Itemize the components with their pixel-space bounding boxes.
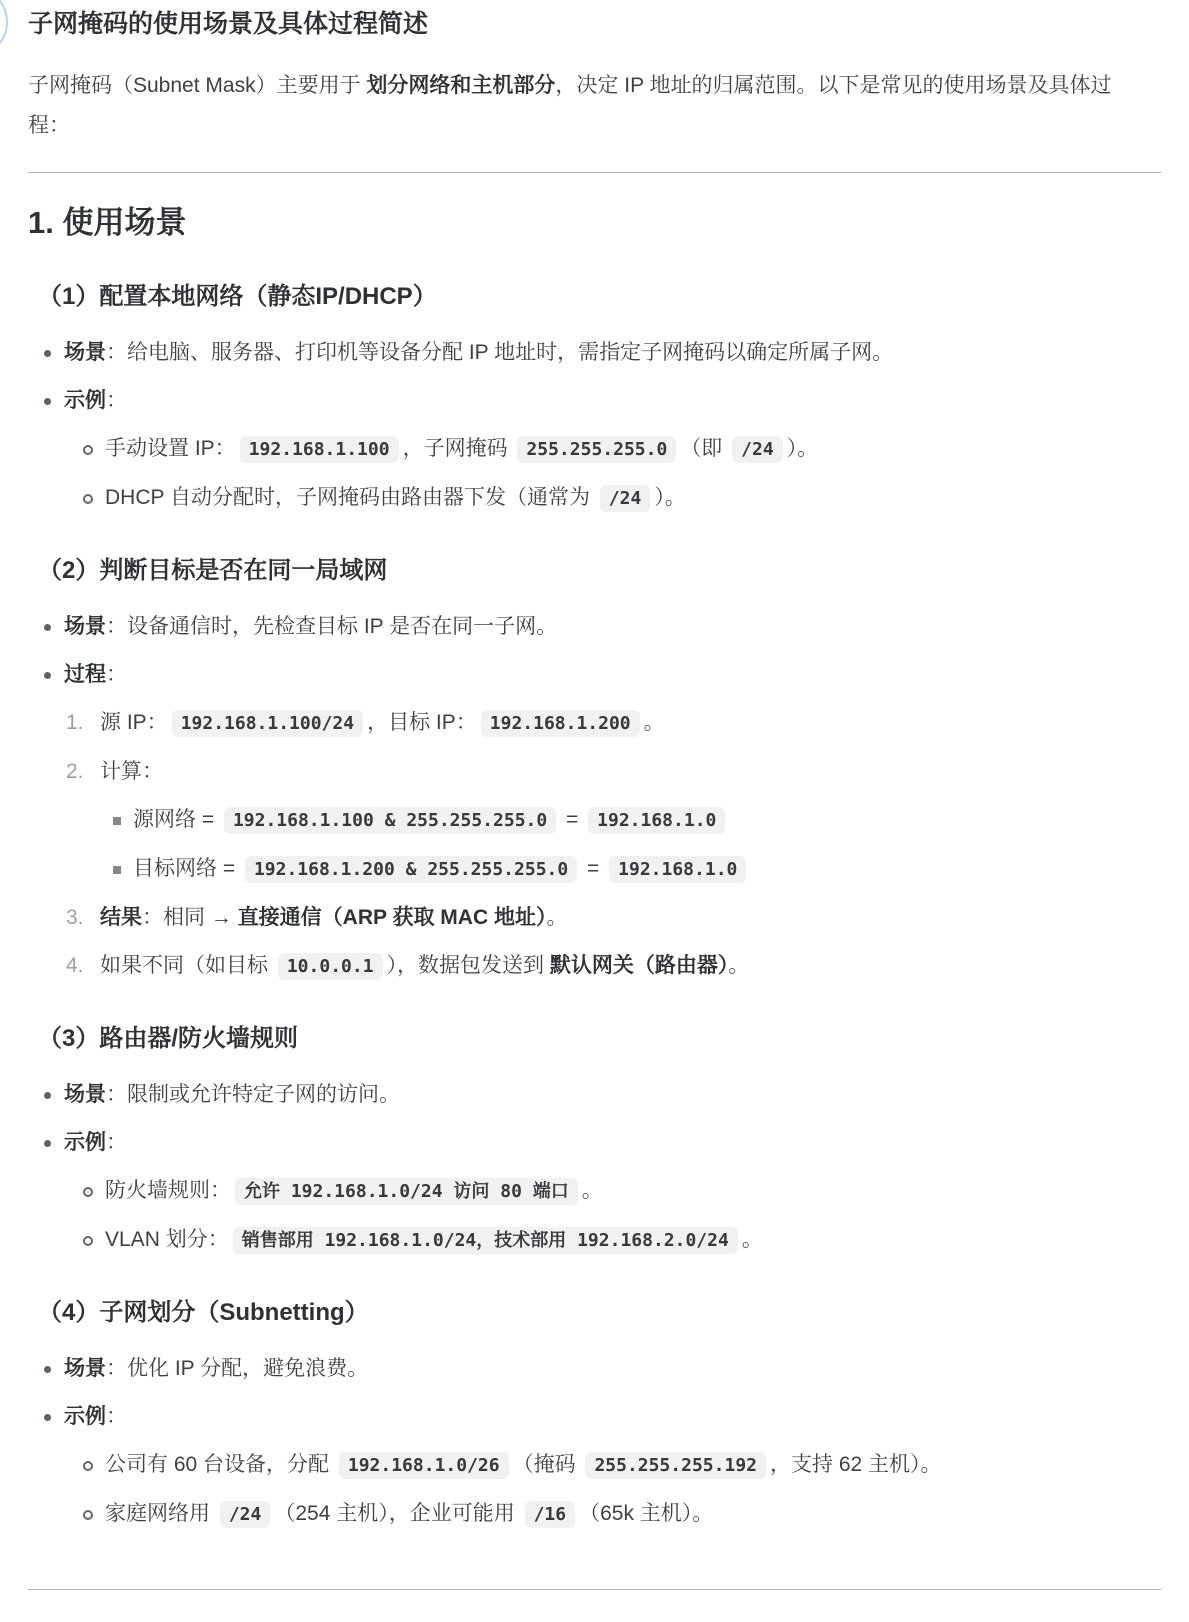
- inline-code: /24: [600, 485, 651, 512]
- bullet-marker-icon: [44, 350, 51, 357]
- bullet-marker-icon: [113, 866, 121, 874]
- list-item: 目标网络 = 192.168.1.200 & 255.255.255.0 = 1…: [28, 851, 1161, 888]
- text-run: 。: [644, 711, 665, 734]
- text-run: ）。: [654, 486, 686, 509]
- list-item-text: 目标网络 = 192.168.1.200 & 255.255.255.0 = 1…: [133, 857, 750, 880]
- list-item: 防火墙规则：允许 192.168.1.0/24 访问 80 端口。: [28, 1173, 1161, 1210]
- list-item-text: 场景：限制或允许特定子网的访问。: [64, 1083, 400, 1106]
- subsection-heading: （1）配置本地网络（静态IP/DHCP）: [38, 281, 1161, 313]
- list: 场景：限制或允许特定子网的访问。示例：防火墙规则：允许 192.168.1.0/…: [28, 1077, 1161, 1259]
- bullet-marker-icon: [44, 1092, 51, 1099]
- inline-code: 销售部用 192.168.1.0/24，技术部用 192.168.2.0/24: [233, 1227, 738, 1254]
- text-run: =: [560, 808, 584, 831]
- message-title: 子网掩码的使用场景及具体过程简述: [28, 8, 1161, 40]
- inline-code: /24: [220, 1501, 271, 1528]
- bold-text: 划分网络和主机部分: [366, 74, 555, 97]
- text-run: VLAN 划分：: [105, 1228, 229, 1251]
- list-item-text: 场景：给电脑、服务器、打印机等设备分配 IP 地址时，需指定子网掩码以确定所属子…: [64, 341, 893, 364]
- text-run: ：给电脑、服务器、打印机等设备分配 IP 地址时，需指定子网掩码以确定所属子网。: [106, 341, 893, 364]
- list-item: DHCP 自动分配时，子网掩码由路由器下发（通常为 /24）。: [28, 480, 1161, 517]
- bullet-marker-icon: [83, 1510, 93, 1520]
- list-item: 家庭网络用 /24（254 主机），企业可能用 /16（65k 主机）。: [28, 1496, 1161, 1533]
- list-item-text: 场景：优化 IP 分配，避免浪费。: [64, 1357, 368, 1380]
- text-run: ：设备通信时，先检查目标 IP 是否在同一子网。: [106, 615, 557, 638]
- bold-text: 示例: [64, 1405, 106, 1428]
- inline-code: 255.255.255.192: [585, 1452, 766, 1479]
- text-run: 计算：: [100, 760, 163, 783]
- list: 场景：设备通信时，先检查目标 IP 是否在同一子网。过程：1.源 IP：192.…: [28, 609, 1161, 985]
- text-run: ：: [106, 389, 127, 412]
- list-item-text: DHCP 自动分配时，子网掩码由路由器下发（通常为 /24）。: [105, 486, 686, 509]
- bullet-marker-icon: [44, 1414, 51, 1421]
- text-run: （即: [680, 437, 728, 460]
- bullet-marker-icon: [44, 672, 51, 679]
- list-item: 过程：: [28, 657, 1161, 693]
- bold-text: 场景: [64, 1083, 106, 1106]
- bullet-marker-icon: [83, 1187, 93, 1197]
- bold-text: 结果: [100, 906, 142, 929]
- text-run: 源 IP：: [100, 711, 168, 734]
- list-item-text: VLAN 划分：销售部用 192.168.1.0/24，技术部用 192.168…: [105, 1228, 763, 1251]
- list-item-text: 如果不同（如目标 10.0.0.1），数据包发送到 默认网关（路由器）。: [100, 954, 749, 977]
- text-run: （65k 主机）。: [579, 1502, 713, 1525]
- list-item: 场景：优化 IP 分配，避免浪费。: [28, 1351, 1161, 1387]
- list-item-text: 家庭网络用 /24（254 主机），企业可能用 /16（65k 主机）。: [105, 1502, 713, 1525]
- inline-code: /16: [525, 1501, 576, 1528]
- text-run: 。: [728, 954, 749, 977]
- message-body: 子网掩码的使用场景及具体过程简述子网掩码（Subnet Mask）主要用于 划分…: [28, 8, 1161, 1590]
- bold-text: 子网掩码的使用场景及具体过程简述: [28, 10, 428, 38]
- bullet-marker-icon: [44, 1140, 51, 1147]
- text-run: （254 主机），企业可能用: [274, 1502, 520, 1525]
- text-run: 家庭网络用: [105, 1502, 216, 1525]
- list-item: 场景：限制或允许特定子网的访问。: [28, 1077, 1161, 1113]
- list-item: 公司有 60 台设备，分配 192.168.1.0/26（掩码 255.255.…: [28, 1447, 1161, 1484]
- text-run: ：优化 IP 分配，避免浪费。: [106, 1357, 368, 1380]
- text-run: ，子网掩码: [403, 437, 514, 460]
- list-item: VLAN 划分：销售部用 192.168.1.0/24，技术部用 192.168…: [28, 1222, 1161, 1259]
- inline-code: 192.168.1.0: [588, 807, 725, 834]
- inline-code: 192.168.1.100: [240, 436, 399, 463]
- list-item-text: 结果：相同 → 直接通信（ARP 获取 MAC 地址）。: [100, 906, 567, 929]
- text-run: （2）判断目标是否在同一局域网: [38, 557, 387, 584]
- text-run: 。: [582, 1179, 603, 1202]
- text-run: 手动设置 IP：: [105, 437, 236, 460]
- list-item-text: 源网络 = 192.168.1.100 & 255.255.255.0 = 19…: [133, 808, 729, 831]
- bold-text: 默认网关（路由器）: [550, 954, 729, 977]
- list-item-text: 示例：: [64, 389, 127, 412]
- list-item-text: 防火墙规则：允许 192.168.1.0/24 访问 80 端口。: [105, 1179, 603, 1202]
- bullet-marker-icon: [83, 1236, 93, 1246]
- bullet-marker-icon: [113, 817, 121, 825]
- list-item: 场景：给电脑、服务器、打印机等设备分配 IP 地址时，需指定子网掩码以确定所属子…: [28, 335, 1161, 371]
- bold-text: 示例: [64, 1131, 106, 1154]
- bold-text: 直接通信（ARP 获取 MAC 地址）: [238, 906, 547, 929]
- list-item: 示例：: [28, 1125, 1161, 1161]
- bullet-marker-icon: [44, 398, 51, 405]
- text-run: 。: [546, 906, 567, 929]
- list-item: 1.源 IP：192.168.1.100/24，目标 IP：192.168.1.…: [28, 705, 1161, 742]
- list-number: 4.: [66, 948, 96, 984]
- inline-code: 192.168.1.100/24: [172, 710, 363, 737]
- text-run: ：相同 →: [142, 906, 238, 929]
- text-run: （掩码: [513, 1453, 582, 1476]
- list-item-text: 公司有 60 台设备，分配 192.168.1.0/26（掩码 255.255.…: [105, 1453, 942, 1476]
- list-item-text: 过程：: [64, 663, 127, 686]
- text-run: =: [581, 857, 605, 880]
- text-run: ，支持 62 主机）。: [770, 1453, 942, 1476]
- text-run: （1）配置本地网络（静态IP/DHCP）: [38, 283, 437, 310]
- text-run: ：: [106, 1405, 127, 1428]
- list-item-text: 场景：设备通信时，先检查目标 IP 是否在同一子网。: [64, 615, 557, 638]
- text-run: 1. 使用场景: [28, 205, 186, 240]
- list-item: 手动设置 IP：192.168.1.100，子网掩码 255.255.255.0…: [28, 431, 1161, 468]
- inline-code: 允许 192.168.1.0/24 访问 80 端口: [235, 1178, 578, 1205]
- subsection-heading: （2）判断目标是否在同一局域网: [38, 555, 1161, 587]
- divider: [28, 1589, 1161, 1590]
- list-item-text: 计算：: [100, 760, 163, 783]
- bullet-marker-icon: [83, 445, 93, 455]
- inline-code: 192.168.1.200 & 255.255.255.0: [245, 856, 577, 883]
- list-item: 示例：: [28, 1399, 1161, 1435]
- text-run: ）。: [787, 437, 819, 460]
- list-item: 场景：设备通信时，先检查目标 IP 是否在同一子网。: [28, 609, 1161, 645]
- bullet-marker-icon: [44, 1366, 51, 1373]
- list: 场景：优化 IP 分配，避免浪费。示例：公司有 60 台设备，分配 192.16…: [28, 1351, 1161, 1533]
- list-item: 4.如果不同（如目标 10.0.0.1），数据包发送到 默认网关（路由器）。: [28, 948, 1161, 985]
- text-run: （4）子网划分（Subnetting）: [38, 1299, 369, 1326]
- inline-code: 10.0.0.1: [278, 953, 383, 980]
- text-run: （3）路由器/防火墙规则: [38, 1025, 298, 1052]
- list-item-text: 源 IP：192.168.1.100/24，目标 IP：192.168.1.20…: [100, 711, 665, 734]
- section-heading: 1. 使用场景: [28, 203, 1161, 243]
- bold-text: 场景: [64, 1357, 106, 1380]
- bullet-marker-icon: [83, 1461, 93, 1471]
- text-run: ，目标 IP：: [367, 711, 477, 734]
- list-number: 3.: [66, 900, 96, 936]
- list-item: 2.计算：: [28, 754, 1161, 790]
- text-run: ：: [106, 1131, 127, 1154]
- list-item: 3.结果：相同 → 直接通信（ARP 获取 MAC 地址）。: [28, 900, 1161, 936]
- text-run: 子网掩码（Subnet Mask）主要用于: [28, 74, 366, 97]
- inline-code: 192.168.1.0: [609, 856, 746, 883]
- subsection-heading: （3）路由器/防火墙规则: [38, 1023, 1161, 1055]
- list-item: 示例：: [28, 383, 1161, 419]
- list-item-text: 示例：: [64, 1131, 127, 1154]
- divider: [28, 172, 1161, 173]
- text-run: 如果不同（如目标: [100, 954, 274, 977]
- bullet-marker-icon: [83, 494, 93, 504]
- bold-text: 过程: [64, 663, 106, 686]
- list-item-text: 示例：: [64, 1405, 127, 1428]
- text-run: ：限制或允许特定子网的访问。: [106, 1083, 400, 1106]
- list-item: 源网络 = 192.168.1.100 & 255.255.255.0 = 19…: [28, 802, 1161, 839]
- inline-code: 192.168.1.200: [481, 710, 640, 737]
- list-number: 2.: [66, 754, 96, 790]
- bullet-marker-icon: [44, 624, 51, 631]
- text-run: 源网络 =: [133, 808, 220, 831]
- text-run: 。: [742, 1228, 763, 1251]
- text-run: ：: [106, 663, 127, 686]
- bold-text: 场景: [64, 615, 106, 638]
- list-number: 1.: [66, 705, 96, 741]
- inline-code: 192.168.1.100 & 255.255.255.0: [224, 807, 556, 834]
- bold-text: 场景: [64, 341, 106, 364]
- list: 场景：给电脑、服务器、打印机等设备分配 IP 地址时，需指定子网掩码以确定所属子…: [28, 335, 1161, 517]
- text-run: 防火墙规则：: [105, 1179, 231, 1202]
- text-run: DHCP 自动分配时，子网掩码由路由器下发（通常为: [105, 486, 596, 509]
- inline-code: 255.255.255.0: [517, 436, 676, 463]
- inline-code: 192.168.1.0/26: [339, 1452, 509, 1479]
- text-run: 目标网络 =: [133, 857, 241, 880]
- paragraph: 子网掩码（Subnet Mask）主要用于 划分网络和主机部分，决定 IP 地址…: [28, 66, 1138, 146]
- subsection-heading: （4）子网划分（Subnetting）: [38, 1297, 1161, 1329]
- bold-text: 示例: [64, 389, 106, 412]
- assistant-avatar: [0, 0, 8, 58]
- assistant-message: 子网掩码的使用场景及具体过程简述子网掩码（Subnet Mask）主要用于 划分…: [0, 0, 1189, 1590]
- list-item-text: 手动设置 IP：192.168.1.100，子网掩码 255.255.255.0…: [105, 437, 818, 460]
- inline-code: /24: [732, 436, 783, 463]
- text-run: 公司有 60 台设备，分配: [105, 1453, 335, 1476]
- text-run: ），数据包发送到: [387, 954, 550, 977]
